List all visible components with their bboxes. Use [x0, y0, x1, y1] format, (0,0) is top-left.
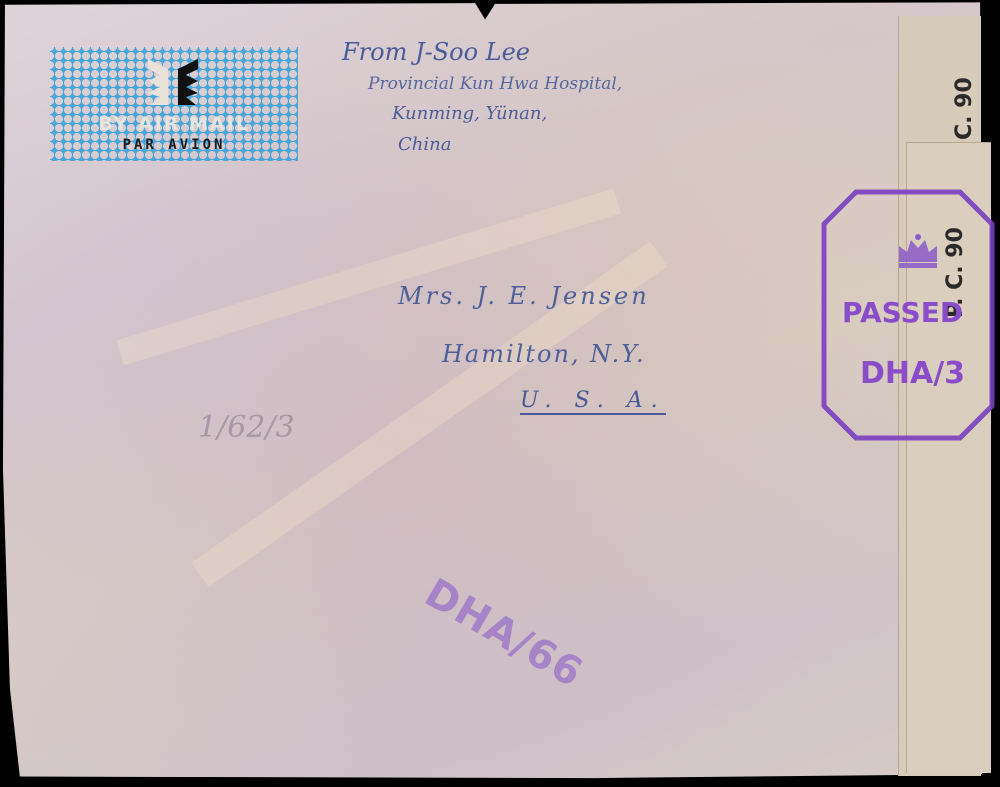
airmail-label-content: BY AIR MAIL PAR AVION [50, 47, 298, 161]
censor-number: DHA/3 [860, 356, 965, 391]
wing-icon-light [146, 59, 170, 107]
sender-address-line: Provincial Kun Hwa Hospital, [368, 74, 622, 94]
crown-icon [895, 232, 941, 270]
sender-country: China [398, 134, 451, 155]
tape-code-upper: C. 90 [952, 77, 977, 140]
par-avion-text: PAR AVION [50, 137, 298, 153]
pencil-note: 1/62/3 [198, 410, 295, 445]
sender-city: Kunming, Yünan, [392, 103, 547, 124]
wing-icon-dark [176, 59, 200, 107]
censor-passed-text: PASSED [842, 296, 963, 329]
airmail-text: BY AIR MAIL [50, 113, 298, 135]
sender-name: From J-Soo Lee [342, 38, 530, 66]
recipient-country: U. S. A. [520, 388, 666, 415]
recipient-name: Mrs. J. E. Jensen [398, 282, 650, 310]
recipient-city: Hamilton, N.Y. [442, 340, 646, 368]
